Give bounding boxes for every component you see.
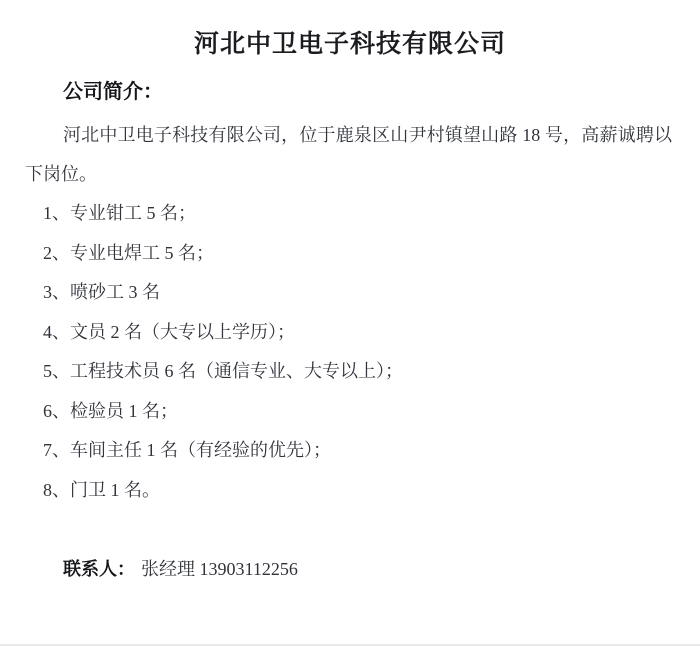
contact-line: 联系人：张经理 13903112256 bbox=[63, 550, 700, 589]
position-item: 6、检验员 1 名； bbox=[43, 392, 675, 432]
contact-value: 张经理 13903112256 bbox=[141, 559, 298, 579]
intro-paragraph: 河北中卫电子科技有限公司，位于鹿泉区山尹村镇望山路 18 号，高薪诚聘以下岗位。 bbox=[25, 116, 672, 194]
position-item: 8、门卫 1 名。 bbox=[43, 471, 675, 511]
position-item: 3、喷砂工 3 名 bbox=[43, 273, 675, 313]
contact-label: 联系人： bbox=[63, 559, 135, 579]
position-item: 1、专业钳工 5 名； bbox=[43, 194, 675, 234]
section-heading-company-intro: 公司简介： bbox=[63, 80, 700, 104]
position-item: 5、工程技术员 6 名（通信专业、大专以上）； bbox=[43, 352, 675, 392]
positions-list: 1、专业钳工 5 名； 2、专业电焊工 5 名； 3、喷砂工 3 名 4、文员 … bbox=[43, 194, 675, 510]
position-item: 2、专业电焊工 5 名； bbox=[43, 234, 675, 274]
document-page: 河北中卫电子科技有限公司 公司简介： 河北中卫电子科技有限公司，位于鹿泉区山尹村… bbox=[0, 0, 700, 651]
position-item: 7、车间主任 1 名（有经验的优先）； bbox=[43, 431, 675, 471]
position-item: 4、文员 2 名（大专以上学历）； bbox=[43, 313, 675, 353]
bottom-divider bbox=[0, 644, 700, 646]
document-title: 河北中卫电子科技有限公司 bbox=[0, 0, 700, 60]
